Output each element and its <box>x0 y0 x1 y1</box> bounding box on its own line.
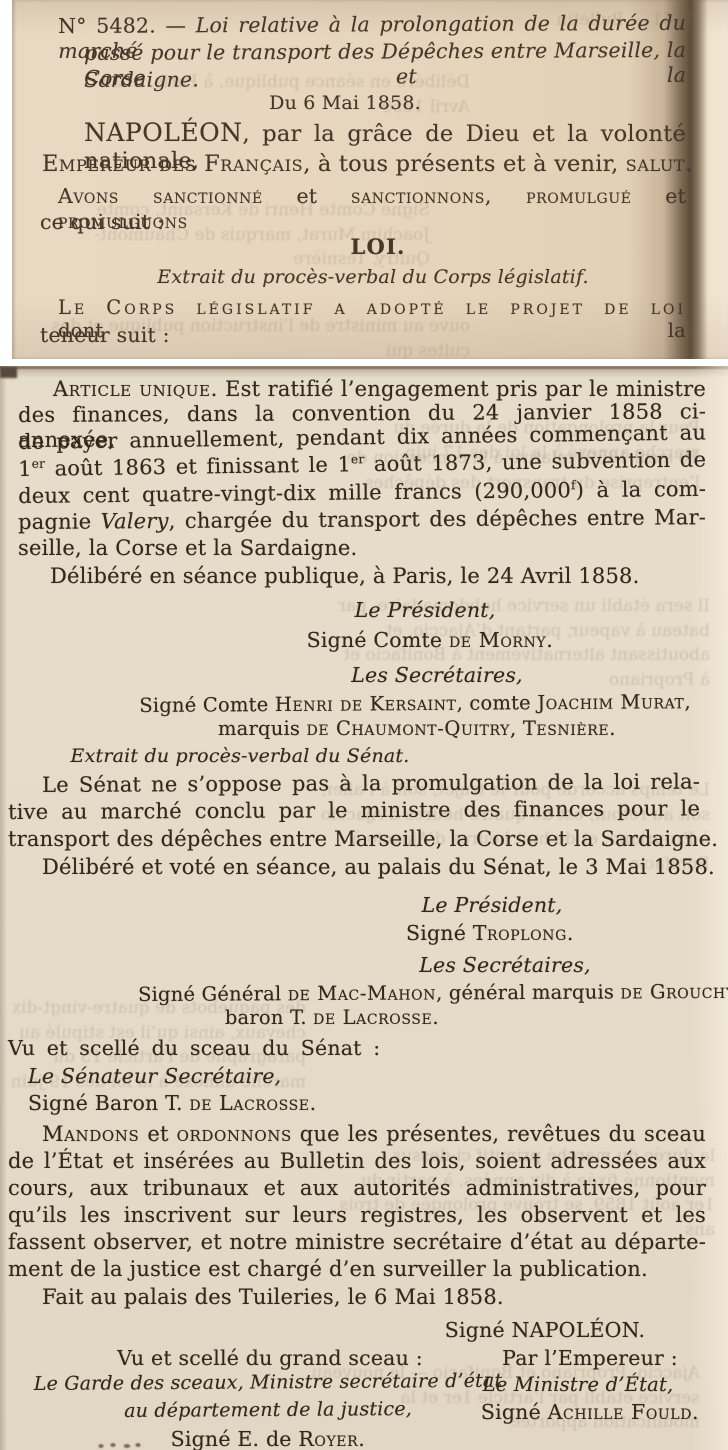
text-line: Signé Baron T. de Lacrosse. <box>28 1091 317 1116</box>
text-segment: Les Secrétaires, <box>351 663 523 687</box>
text-segment: de Lacrosse. <box>189 1091 316 1115</box>
text-segment: Sardaigne. <box>84 67 199 92</box>
text-line: Vu et scellé du grand sceau : <box>117 1346 423 1371</box>
text-segment: Troplong. <box>473 921 574 945</box>
text-line: Signé NAPOLÉON. <box>445 1318 645 1343</box>
text-segment: teneur suit : <box>40 323 170 347</box>
text-segment: Les Secrétaires, <box>419 953 591 977</box>
text-line: Signé Troplong. <box>406 921 574 946</box>
text-line: tive au marché conclu par le ministre de… <box>8 796 700 825</box>
text-segment: Achille Fould. <box>548 1400 700 1424</box>
text-line: baron T. de Lacrosse. <box>225 1006 439 1029</box>
text-line: Empereur des Français, à tous présents e… <box>42 151 693 178</box>
text-line: marquis de Chaumont-Quitry, Tesnière. <box>218 717 616 740</box>
text-segment: Délibéré en séance publique, à Paris, le… <box>50 564 639 588</box>
text-segment: deux cent quatre-vingt-dix mille francs … <box>18 478 571 508</box>
text-segment: Avons sanctionné <box>58 184 263 208</box>
text-segment: ce qui suit : <box>40 210 164 234</box>
text-segment: Signé Général <box>138 982 288 1006</box>
text-segment: , à tous présents et à venir, <box>303 151 626 177</box>
text-segment: tive au marché conclu par le ministre de… <box>8 796 700 824</box>
text-segment: et <box>139 1122 176 1146</box>
text-segment: transport des dépêches entre Marseille, … <box>8 827 718 851</box>
text-line: Le Sénateur Secrétaire, <box>28 1064 281 1089</box>
text-segment: , général marquis <box>436 980 621 1004</box>
text-segment: Signé NAPOLÉON. <box>445 1318 645 1342</box>
text-line: Le Sénat ne s’oppose pas à la promulgati… <box>42 770 700 799</box>
text-line: Le Président, <box>355 598 496 623</box>
text-segment: Mandons <box>42 1122 139 1146</box>
text-segment: ordonnons <box>177 1122 292 1146</box>
text-segment: Valery <box>101 509 169 533</box>
text-segment: Le Corps législatif a adopté le projet d… <box>58 296 686 319</box>
text-segment: Signé E. de <box>171 1427 299 1450</box>
text-segment: , comte <box>456 691 537 715</box>
text-line: deux cent quatre-vingt-dix mille francs … <box>18 477 706 509</box>
text-segment: , <box>510 717 523 740</box>
text-segment: N° 5482. — <box>58 13 196 38</box>
text-segment: Tesnière. <box>523 717 616 740</box>
text-segment: marquis <box>218 717 307 740</box>
text-segment: Le Président, <box>422 893 563 917</box>
text-segment: Empereur des Français <box>42 151 303 177</box>
text-segment: Signé Baron T. <box>28 1091 189 1115</box>
text-segment: ment de la justice est chargé d’en surve… <box>8 1257 648 1281</box>
text-segment: fassent observer, et notre ministre secr… <box>8 1230 706 1254</box>
text-segment: de Chaumont-Quitry <box>307 717 510 740</box>
text-line: Sardaigne. <box>84 67 199 92</box>
text-segment: 1 <box>18 457 32 481</box>
text-segment: , <box>684 690 691 713</box>
text-segment: LOI. <box>351 234 406 259</box>
text-line: transport des dépêches entre Marseille, … <box>8 827 718 852</box>
text-segment: que les présentes, revêtues du sceau <box>292 1122 706 1146</box>
text-line: Mandons et ordonnons que les présentes, … <box>42 1122 706 1147</box>
text-segment: Henri de Kersaint <box>275 692 457 716</box>
text-line: Du 6 Mai 1858. <box>269 92 421 115</box>
scanned-document-page: N° 5482. — Loi relative à la prolongatio… <box>0 0 728 1450</box>
scan-edge-notch <box>0 367 17 378</box>
text-segment: Du 6 Mai 1858. <box>269 92 421 114</box>
text-line: ment de la justice est chargé d’en surve… <box>8 1257 648 1282</box>
text-line: Vu et scellé du sceau du Sénat : <box>8 1036 380 1061</box>
text-segment: Par l’Empereur : <box>502 1346 678 1370</box>
text-segment: de Morny. <box>449 628 553 652</box>
text-line: Signé Général de Mac-Mahon, général marq… <box>138 980 728 1007</box>
text-segment: ) à la com- <box>576 477 707 502</box>
text-segment: Délibéré et voté en séance, au palais du… <box>42 855 715 879</box>
text-line: Signé Achille Fould. <box>481 1400 699 1425</box>
text-line: Par l’Empereur : <box>502 1346 678 1371</box>
text-segment: de Lacrosse. <box>313 1006 439 1029</box>
text-segment: au département de la justice, <box>124 1398 412 1422</box>
text-line: Fait au palais des Tuileries, le 6 Mai 1… <box>42 1285 504 1310</box>
text-line: Signé Comte de Morny. <box>307 628 554 653</box>
text-segment: baron T. <box>225 1006 313 1029</box>
text-segment: Signé <box>481 1400 548 1424</box>
text-segment: qu’ils les inscrivent sur leurs registre… <box>8 1203 706 1227</box>
text-segment: Le Ministre d’État, <box>483 1373 674 1396</box>
text-segment: Royer. <box>298 1427 365 1450</box>
text-segment: Signé Comte <box>139 693 275 717</box>
text-line: Délibéré et voté en séance, au palais du… <box>42 855 715 880</box>
text-segment: Est ratifié l’engagement pris par le min… <box>218 377 706 401</box>
text-segment: seille, la Corse et la Sardaigne. <box>18 536 357 560</box>
text-line: Les Secrétaires, <box>351 663 523 688</box>
text-line: teneur suit : <box>40 323 170 348</box>
text-segment: Vu et scellé du sceau du Sénat : <box>8 1036 380 1060</box>
text-line: Le Garde des sceaux, Ministre secrétaire… <box>34 1370 503 1396</box>
text-line: seille, la Corse et la Sardaigne. <box>18 536 357 561</box>
scan-fragment-top: N° 5482. — Loi relative à la prolongatio… <box>0 0 728 359</box>
text-segment: et <box>632 184 686 208</box>
text-line: Extrait du procès-verbal du Sénat. <box>71 745 410 768</box>
text-segment: , chargée du transport des dépêches entr… <box>169 505 707 533</box>
text-segment: Le Sénateur Secrétaire, <box>28 1064 281 1088</box>
text-line: fassent observer, et notre ministre secr… <box>8 1230 706 1255</box>
text-line: au département de la justice, <box>124 1398 412 1423</box>
text-segment: er <box>351 452 365 466</box>
text-segment: Signé Comte <box>307 628 449 652</box>
text-segment: Le Président, <box>355 598 496 622</box>
text-line: ce qui suit : <box>40 210 164 235</box>
text-segment: salut. <box>626 151 693 177</box>
text-segment: Joachim Murat <box>537 690 684 714</box>
scan-fragment-bottom: Article unique. Est ratifié l’engagement… <box>0 366 728 1450</box>
text-segment: NAPOLÉON <box>84 118 242 147</box>
text-segment: et <box>263 184 351 208</box>
text-segment: août 1863 et finissant le 1 <box>45 452 351 480</box>
text-segment: Extrait du procès-verbal du Sénat. <box>71 745 410 767</box>
text-segment: de Mac-Mahon <box>288 981 436 1005</box>
text-line: de l’État et insérées au Bulletin des lo… <box>8 1149 706 1174</box>
text-line: Le Président, <box>422 893 563 918</box>
text-segment: cours, aux tribunaux et aux autorités ad… <box>8 1176 706 1200</box>
text-line: Extrait du procès-verbal du Corps législ… <box>157 266 589 289</box>
text-segment: août 1873, une subvention de <box>364 447 706 476</box>
text-segment: pagnie <box>18 509 101 534</box>
text-segment: de Grouchy <box>620 980 728 1004</box>
text-line: Délibéré en séance publique, à Paris, le… <box>50 564 639 589</box>
text-line: cours, aux tribunaux et aux autorités ad… <box>8 1176 706 1201</box>
text-line: Article unique. Est ratifié l’engagement… <box>53 377 706 402</box>
text-segment: Fait au palais des Tuileries, le 6 Mai 1… <box>42 1285 504 1309</box>
text-line: pagnie Valery, chargée du transport des … <box>18 505 706 535</box>
text-line: qu’ils les inscrivent sur leurs registre… <box>8 1203 706 1228</box>
text-segment: Le Garde des sceaux, Ministre secrétaire… <box>34 1370 503 1395</box>
text-segment: sanctionnons, promulgué <box>351 184 632 208</box>
cropped-line-fragment <box>95 1442 141 1449</box>
text-line: LOI. <box>351 234 406 259</box>
text-segment: Extrait du procès-verbal du Corps législ… <box>157 266 589 288</box>
text-line: Signé Comte Henri de Kersaint, comte Joa… <box>139 690 691 717</box>
text-line: Le Ministre d’État, <box>483 1373 674 1396</box>
text-segment: Article unique. <box>53 377 218 401</box>
text-line: Les Secrétaires, <box>419 953 591 978</box>
text-line: Signé E. de Royer. <box>171 1427 366 1450</box>
text-segment: Le Sénat ne s’oppose pas à la promulgati… <box>42 770 700 797</box>
text-segment: Signé <box>406 921 473 945</box>
text-segment: er <box>32 457 46 471</box>
text-segment: de l’État et insérées au Bulletin des lo… <box>8 1149 706 1173</box>
text-segment: Vu et scellé du grand sceau : <box>117 1346 423 1370</box>
